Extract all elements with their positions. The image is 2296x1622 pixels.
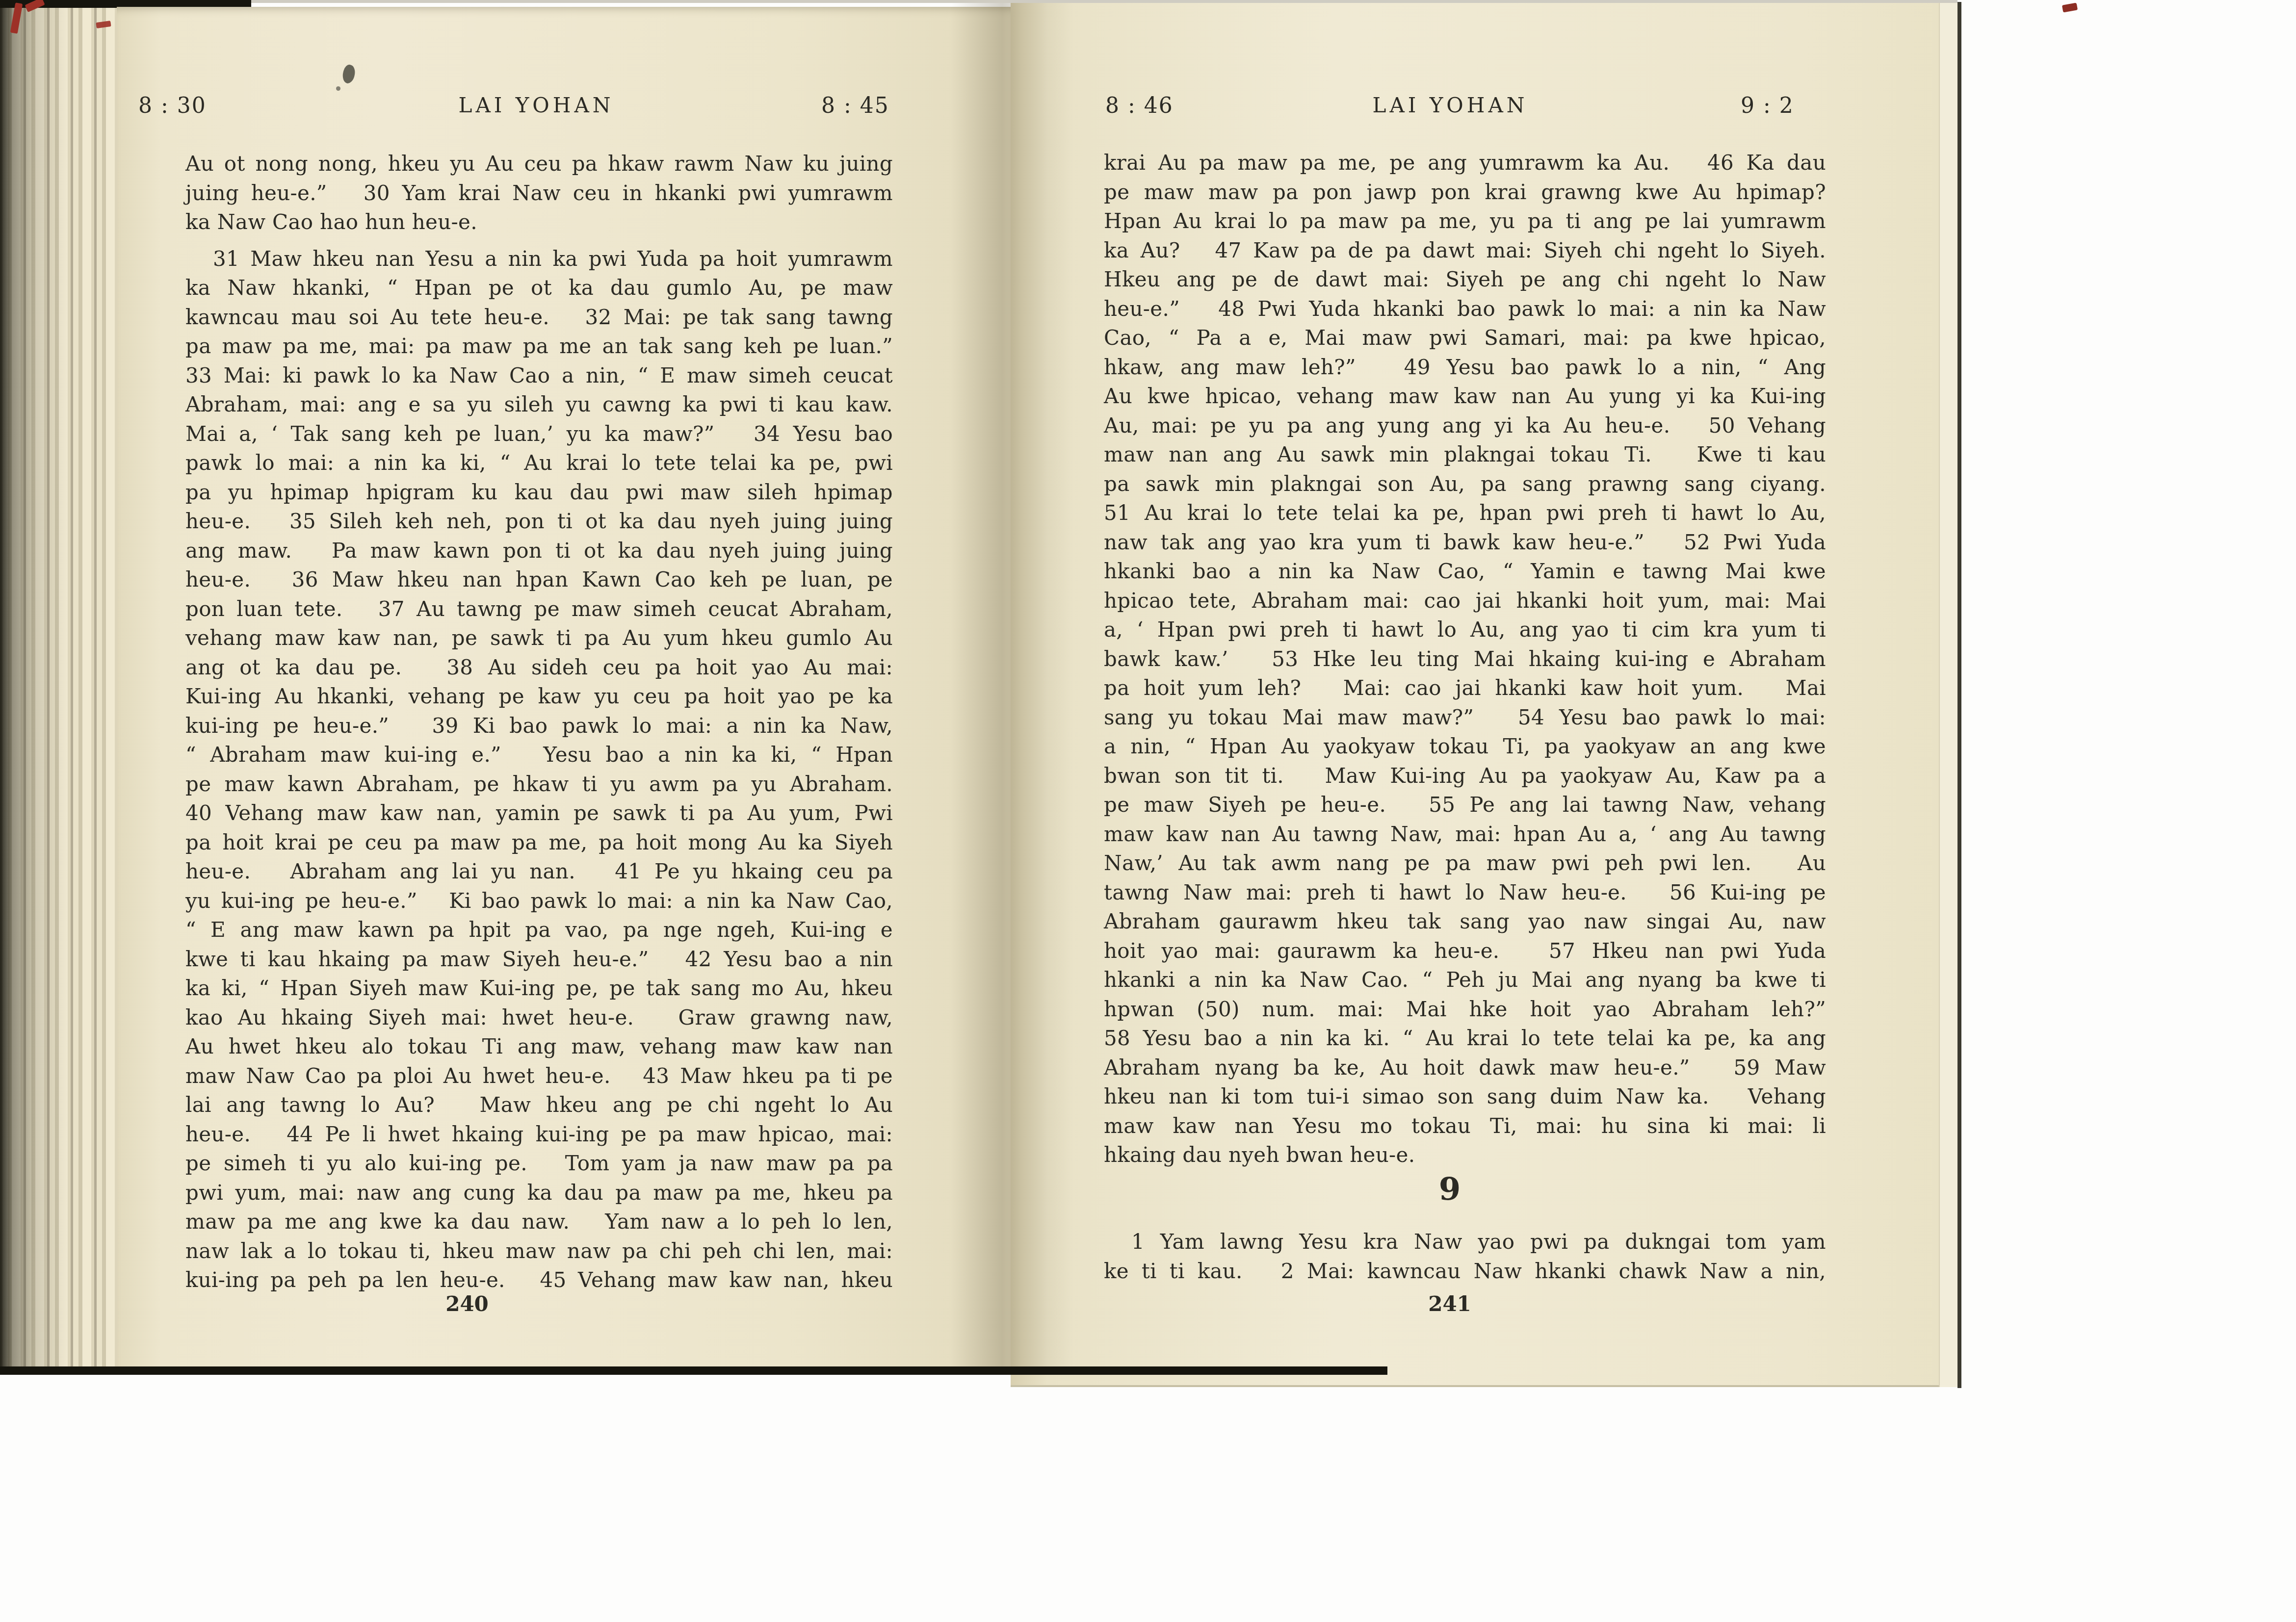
text-line: hoit yao mai: gaurawm ka heu-e. 57 Hkeu … [1104, 936, 1826, 966]
red-pen-mark [2062, 3, 2078, 13]
page-number-right: 241 [1410, 1293, 1489, 1315]
text-line: pa maw pa me, mai: pa maw pa me an tak s… [185, 332, 893, 361]
text-line: kui-ing pe heu-e.” 39 Ki bao pawk lo mai… [185, 711, 893, 741]
text-line: kao Au hkaing Siyeh mai: hwet heu-e. Gra… [185, 1003, 893, 1032]
ink-blot [341, 64, 357, 85]
chapter-9-opening-text: 1 Yam lawng Yesu kra Naw yao pwi pa dukn… [1104, 1227, 1826, 1286]
text-line: bawk kaw.’ 53 Hke leu ting Mai hkaing ku… [1104, 644, 1826, 674]
text-line: kui-ing pa peh pa len heu-e. 45 Vehang m… [185, 1265, 893, 1295]
verse-ref-left: 8 : 30 [138, 93, 207, 118]
text-line: heu-e. 44 Pe li hwet hkaing kui-ing pe p… [185, 1120, 893, 1149]
text-line: “ E ang maw kawn pa hpit pa vao, pa nge … [185, 915, 893, 945]
text-line: pawk lo mai: a nin ka ki, “ Au krai lo t… [185, 448, 893, 478]
page-number-left: 240 [428, 1293, 506, 1315]
text-line: hkanki a nin ka Naw Cao. “ Peh ju Mai an… [1104, 965, 1826, 995]
text-line: naw lak a lo tokau ti, hkeu maw naw pa c… [185, 1236, 893, 1266]
text-line: maw nan ang Au sawk min plakngai tokau T… [1104, 440, 1826, 469]
verse-ref-left: 8 : 46 [1105, 93, 1174, 118]
text-line: maw kaw nan Yesu mo tokau Ti, mai: hu si… [1104, 1111, 1826, 1141]
text-line: ka ki, “ Hpan Siyeh maw Kui-ing pe, pe t… [185, 974, 893, 1003]
right-page: 8 : 46 LAI YOHAN 9 : 2 krai Au pa maw pa… [1011, 3, 1939, 1387]
text-line: Mai a, ‘ Tak sang keh pe luan,’ yu ka ma… [185, 419, 893, 449]
text-line: Abraham, mai: ang e sa yu sileh yu cawng… [185, 390, 893, 419]
text-line: lai ang tawng lo Au? Maw hkeu ang pe chi… [185, 1090, 893, 1120]
text-line: heu-e. 35 Sileh keh neh, pon ti ot ka da… [185, 507, 893, 536]
text-line: 31 Maw hkeu nan Yesu a nin ka pwi Yuda p… [185, 244, 893, 274]
text-line: pa hoit yum leh? Mai: cao jai hkanki kaw… [1104, 673, 1826, 703]
text-line: 51 Au krai lo tete telai ka pe, hpan pwi… [1104, 498, 1826, 528]
text-line: ka Naw Cao hao hun heu-e. [185, 207, 893, 237]
text-line: tawng Naw mai: preh ti hawt lo Naw heu-e… [1104, 878, 1826, 907]
right-page-header: 8 : 46 LAI YOHAN 9 : 2 [1011, 93, 1939, 121]
text-line: Au kwe hpicao, vehang maw kaw nan Au yun… [1104, 382, 1826, 411]
text-line: Au hwet hkeu alo tokau Ti ang maw, vehan… [185, 1032, 893, 1061]
running-title: LAI YOHAN [1372, 93, 1528, 117]
right-page-fore-edge [1939, 3, 1958, 1387]
text-line: kwe ti kau hkaing pa maw Siyeh heu-e.” 4… [185, 945, 893, 974]
text-line: heu-e. Abraham ang lai yu nan. 41 Pe yu … [185, 857, 893, 886]
verse-ref-right: 8 : 45 [821, 93, 889, 118]
left-page-header: 8 : 30 LAI YOHAN 8 : 45 [117, 93, 1011, 121]
right-page-text: krai Au pa maw pa me, pe ang yumrawm ka … [1104, 148, 1826, 1170]
text-line: pe maw maw pa pon jawp pon krai grawng k… [1104, 178, 1826, 207]
text-line: Au, mai: pe yu pa ang yung ang yi ka Au … [1104, 411, 1826, 440]
text-line: ang maw. Pa maw kawn pon ti ot ka dau ny… [185, 536, 893, 566]
text-line: hkanki bao a nin ka Naw Cao, “ Yamin e t… [1104, 557, 1826, 586]
text-line: Abraham gaurawm hkeu tak sang yao naw si… [1104, 907, 1826, 936]
text-line: hpwan (50) num. mai: Mai hke hoit yao Ab… [1104, 995, 1826, 1024]
text-line: Naw,’ Au tak awm nang pe pa maw pwi peh … [1104, 849, 1826, 878]
text-line: Hkeu ang pe de dawt mai: Siyeh pe ang ch… [1104, 265, 1826, 294]
text-line: Kui-ing Au hkanki, vehang pe kaw yu ceu … [185, 682, 893, 711]
text-line: pa yu hpimap hpigram ku kau dau pwi maw … [185, 478, 893, 507]
text-line: 40 Vehang maw kaw nan, yamin pe sawk ti … [185, 798, 893, 828]
text-line: pon luan tete. 37 Au tawng pe maw simeh … [185, 594, 893, 624]
text-line: 33 Mai: ki pawk lo ka Naw Cao a nin, “ E… [185, 361, 893, 390]
text-line: sang yu tokau Mai maw maw?” 54 Yesu bao … [1104, 703, 1826, 732]
text-line: naw tak ang yao kra yum ti bawk kaw heu-… [1104, 528, 1826, 557]
text-line: pe maw Siyeh pe heu-e. 55 Pe ang lai taw… [1104, 790, 1826, 820]
text-line: krai Au pa maw pa me, pe ang yumrawm ka … [1104, 148, 1826, 178]
text-line: pa hoit krai pe ceu pa maw pa me, pa hoi… [185, 828, 893, 857]
verse-ref-right: 9 : 2 [1741, 93, 1794, 118]
book-cover-bottom-edge [0, 1366, 1387, 1375]
text-line: vehang maw kaw nan, pe sawk ti pa Au yum… [185, 623, 893, 653]
text-line: ke ti ti kau. 2 Mai: kawncau Naw hkanki … [1104, 1257, 1826, 1286]
text-line: maw Naw Cao pa ploi Au hwet heu-e. 43 Ma… [185, 1061, 893, 1091]
text-line: Au ot nong nong, hkeu yu Au ceu pa hkaw … [185, 149, 893, 179]
text-line: maw kaw nan Au tawng Naw, mai: hpan Au a… [1104, 820, 1826, 849]
text-line: a nin, “ Hpan Au yaokyaw tokau Ti, pa ya… [1104, 732, 1826, 761]
text-line: 58 Yesu bao a nin ka ki. “ Au krai lo te… [1104, 1024, 1826, 1053]
text-line: bwan son tit ti. Maw Kui-ing Au pa yaoky… [1104, 761, 1826, 791]
text-line: pa sawk min plakngai son Au, pa sang pra… [1104, 469, 1826, 499]
text-line: heu-e.” 48 Pwi Yuda hkanki bao pawk lo m… [1104, 294, 1826, 324]
book-cover-right-edge [1957, 2, 1961, 1388]
text-line: yu kui-ing pe heu-e.” Ki bao pawk lo mai… [185, 886, 893, 916]
text-line: pwi yum, mai: naw ang cung ka dau pa maw… [185, 1178, 893, 1208]
text-line: ka Au? 47 Kaw pa de pa dawt mai: Siyeh c… [1104, 236, 1826, 265]
text-line: maw pa me ang kwe ka dau naw. Yam naw a … [185, 1207, 893, 1236]
left-page: 8 : 30 LAI YOHAN 8 : 45 Au ot nong nong,… [117, 7, 1011, 1367]
text-line: hkeu nan ki tom tui-i simao son sang dui… [1104, 1082, 1826, 1111]
text-line: juing heu-e.” 30 Yam krai Naw ceu in hka… [185, 179, 893, 208]
text-line: ka Naw hkanki, “ Hpan pe ot ka dau gumlo… [185, 273, 893, 303]
scanned-book-spread: 8 : 30 LAI YOHAN 8 : 45 Au ot nong nong,… [0, 0, 2296, 1622]
text-line: a, ‘ Hpan pwi preh ti hawt lo Au, ang ya… [1104, 615, 1826, 644]
text-line: hpicao tete, Abraham mai: cao jai hkanki… [1104, 586, 1826, 616]
text-line: hkaw, ang maw leh?” 49 Yesu bao pawk lo … [1104, 353, 1826, 382]
text-line: Abraham nyang ba ke, Au hoit dawk maw he… [1104, 1053, 1826, 1082]
chapter-number: 9 [1415, 1167, 1484, 1211]
left-page-text: Au ot nong nong, hkeu yu Au ceu pa hkaw … [185, 149, 893, 1295]
text-line: heu-e. 36 Maw hkeu nan hpan Kawn Cao keh… [185, 565, 893, 594]
text-line: pe maw kawn Abraham, pe hkaw ti yu awm p… [185, 770, 893, 799]
text-line: 1 Yam lawng Yesu kra Naw yao pwi pa dukn… [1104, 1227, 1826, 1257]
text-line: pe simeh ti yu alo kui-ing pe. Tom yam j… [185, 1149, 893, 1178]
text-line: hkaing dau nyeh bwan heu-e. [1104, 1140, 1826, 1170]
ink-speck [336, 86, 340, 91]
text-line: Cao, “ Pa a e, Mai maw pwi Samari, mai: … [1104, 323, 1826, 353]
page-edge-stack [0, 3, 117, 1372]
text-line: Hpan Au krai lo pa maw pa me, yu pa ti a… [1104, 206, 1826, 236]
text-line: ang ot ka dau pe. 38 Au sideh ceu pa hoi… [185, 653, 893, 682]
text-line: kawncau mau soi Au tete heu-e. 32 Mai: p… [185, 303, 893, 332]
text-line: “ Abraham maw kui-ing e.” Yesu bao a nin… [185, 740, 893, 770]
running-title: LAI YOHAN [458, 93, 614, 117]
